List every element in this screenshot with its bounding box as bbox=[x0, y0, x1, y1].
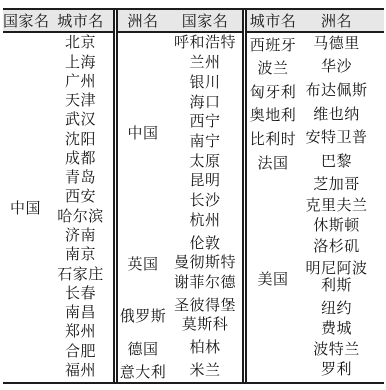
country-group: 德国柏林 bbox=[118, 339, 242, 359]
table-section-middle: 洲名 国家名 中国呼和浩特兰州银川海口西宁南宁太原昆明长沙杭州英国伦敦曼彻斯特谢… bbox=[113, 10, 242, 382]
city-list: 圣彼得堡莫斯科 bbox=[168, 296, 242, 335]
city-cell: 兰州 bbox=[168, 54, 242, 74]
city-list: 芝加哥克里夫兰休斯顿洛杉矶明尼阿波利斯纽约费城波特兰罗利 bbox=[299, 175, 384, 381]
city-cell: 安特卫普 bbox=[299, 128, 374, 149]
table-section-left: 国家名 城市名 中国北京上海广州天津武汉沈阳成都青岛西安哈尔滨济南南京石家庄长春… bbox=[3, 10, 113, 382]
section-body: 中国呼和浩特兰州银川海口西宁南宁太原昆明长沙杭州英国伦敦曼彻斯特谢菲尔德俄罗斯圣… bbox=[118, 33, 242, 382]
country-group: 奥地利维也纳 bbox=[247, 105, 384, 126]
country-group: 匈牙利布达佩斯 bbox=[247, 81, 384, 102]
city-cell: 北京 bbox=[48, 34, 113, 53]
group-label-cell: 意大利 bbox=[118, 361, 168, 381]
city-cell: 南京 bbox=[48, 246, 113, 265]
city-list: 维也纳 bbox=[299, 105, 384, 126]
city-cell: 成都 bbox=[48, 150, 113, 169]
column-header-continent: 洲名 bbox=[118, 10, 168, 31]
column-header-country: 国家名 bbox=[168, 10, 242, 31]
country-group: 中国北京上海广州天津武汉沈阳成都青岛西安哈尔滨济南南京石家庄长春南昌郑州合肥福州 bbox=[3, 34, 113, 381]
city-list: 安特卫普 bbox=[299, 128, 384, 149]
group-label-cell: 英国 bbox=[118, 234, 168, 293]
city-cell: 长春 bbox=[48, 285, 113, 304]
city-cell: 上海 bbox=[48, 53, 113, 72]
group-label-cell: 奥地利 bbox=[247, 105, 299, 126]
city-cell: 纽约 bbox=[299, 299, 374, 320]
group-label-cell: 中国 bbox=[118, 34, 168, 231]
section-header-row: 国家名 城市名 bbox=[3, 10, 113, 33]
section-body: 西班牙马德里波兰华沙匈牙利布达佩斯奥地利维也纳比利时安特卫普法国巴黎美国芝加哥克… bbox=[247, 33, 384, 382]
group-label-cell: 西班牙 bbox=[247, 34, 299, 55]
section-header-row: 洲名 国家名 bbox=[118, 10, 242, 33]
column-header-city: 城市名 bbox=[247, 10, 299, 31]
city-cell: 曼彻斯特 bbox=[168, 254, 242, 274]
group-label-cell: 美国 bbox=[247, 175, 299, 381]
city-cell: 海口 bbox=[168, 93, 242, 113]
city-cell: 谢菲尔德 bbox=[168, 273, 242, 293]
section-header-row: 城市名 洲名 bbox=[247, 10, 384, 33]
city-cell: 青岛 bbox=[48, 169, 113, 188]
country-group: 美国芝加哥克里夫兰休斯顿洛杉矶明尼阿波利斯纽约费城波特兰罗利 bbox=[247, 175, 384, 381]
city-list: 伦敦曼彻斯特谢菲尔德 bbox=[168, 234, 242, 293]
city-cell: 西宁 bbox=[168, 113, 242, 133]
city-cell: 克里夫兰 bbox=[299, 196, 374, 217]
city-cell: 伦敦 bbox=[168, 234, 242, 254]
country-group: 中国呼和浩特兰州银川海口西宁南宁太原昆明长沙杭州 bbox=[118, 34, 242, 231]
group-label-cell: 中国 bbox=[3, 34, 48, 381]
table-section-right: 城市名 洲名 西班牙马德里波兰华沙匈牙利布达佩斯奥地利维也纳比利时安特卫普法国巴… bbox=[242, 10, 384, 382]
city-cell: 银川 bbox=[168, 73, 242, 93]
city-cell: 合肥 bbox=[48, 343, 113, 362]
page: 国家名 城市名 中国北京上海广州天津武汉沈阳成都青岛西安哈尔滨济南南京石家庄长春… bbox=[0, 0, 386, 390]
city-cell: 休斯顿 bbox=[299, 217, 374, 238]
column-header-continent: 洲名 bbox=[299, 10, 384, 31]
city-cell: 米兰 bbox=[168, 361, 242, 381]
city-cell: 济南 bbox=[48, 227, 113, 246]
city-cell: 芝加哥 bbox=[299, 175, 374, 196]
city-cell: 罗利 bbox=[299, 360, 374, 381]
section-body: 中国北京上海广州天津武汉沈阳成都青岛西安哈尔滨济南南京石家庄长春南昌郑州合肥福州 bbox=[3, 33, 113, 382]
city-cell: 柏林 bbox=[168, 339, 242, 359]
city-cell: 杭州 bbox=[168, 211, 242, 231]
city-cell: 福州 bbox=[48, 362, 113, 381]
city-cell: 马德里 bbox=[299, 34, 374, 55]
group-label-cell: 法国 bbox=[247, 152, 299, 173]
city-list: 华沙 bbox=[299, 58, 384, 79]
city-cell: 西安 bbox=[48, 188, 113, 207]
column-header-city: 城市名 bbox=[48, 10, 113, 31]
city-list: 米兰 bbox=[168, 361, 242, 381]
city-list: 呼和浩特兰州银川海口西宁南宁太原昆明长沙杭州 bbox=[168, 34, 242, 231]
country-group: 西班牙马德里 bbox=[247, 34, 384, 55]
city-cell: 沈阳 bbox=[48, 130, 113, 149]
city-list: 北京上海广州天津武汉沈阳成都青岛西安哈尔滨济南南京石家庄长春南昌郑州合肥福州 bbox=[48, 34, 113, 381]
country-group: 意大利米兰 bbox=[118, 361, 242, 381]
country-group: 英国伦敦曼彻斯特谢菲尔德 bbox=[118, 234, 242, 293]
city-cell: 长沙 bbox=[168, 192, 242, 212]
city-cell: 圣彼得堡 bbox=[168, 296, 242, 316]
city-cell: 华沙 bbox=[299, 58, 374, 79]
city-cell: 布达佩斯 bbox=[299, 81, 374, 102]
country-city-table: 国家名 城市名 中国北京上海广州天津武汉沈阳成都青岛西安哈尔滨济南南京石家庄长春… bbox=[3, 8, 384, 384]
country-group: 波兰华沙 bbox=[247, 58, 384, 79]
city-list: 巴黎 bbox=[299, 152, 384, 173]
city-list: 马德里 bbox=[299, 34, 384, 55]
city-cell: 波特兰 bbox=[299, 340, 374, 361]
country-group: 法国巴黎 bbox=[247, 152, 384, 173]
city-cell: 南宁 bbox=[168, 133, 242, 153]
city-cell: 广州 bbox=[48, 73, 113, 92]
group-label-cell: 波兰 bbox=[247, 58, 299, 79]
column-header-country: 国家名 bbox=[3, 10, 48, 31]
country-group: 比利时安特卫普 bbox=[247, 128, 384, 149]
city-cell: 维也纳 bbox=[299, 105, 374, 126]
group-label-cell: 比利时 bbox=[247, 128, 299, 149]
city-cell: 太原 bbox=[168, 152, 242, 172]
city-cell: 郑州 bbox=[48, 323, 113, 342]
city-list: 布达佩斯 bbox=[299, 81, 384, 102]
city-cell: 莫斯科 bbox=[168, 316, 242, 336]
city-cell: 武汉 bbox=[48, 111, 113, 130]
city-cell: 哈尔滨 bbox=[48, 208, 113, 227]
city-cell: 南昌 bbox=[48, 304, 113, 323]
city-cell: 呼和浩特 bbox=[168, 34, 242, 54]
city-list: 柏林 bbox=[168, 339, 242, 359]
group-label-cell: 德国 bbox=[118, 339, 168, 359]
city-cell: 洛杉矶 bbox=[299, 237, 374, 258]
city-cell: 石家庄 bbox=[48, 265, 113, 284]
group-label-cell: 俄罗斯 bbox=[118, 296, 168, 335]
country-group: 俄罗斯圣彼得堡莫斯科 bbox=[118, 296, 242, 335]
city-cell: 昆明 bbox=[168, 172, 242, 192]
group-label-cell: 匈牙利 bbox=[247, 81, 299, 102]
city-cell: 天津 bbox=[48, 92, 113, 111]
city-cell: 费城 bbox=[299, 319, 374, 340]
city-cell: 巴黎 bbox=[299, 152, 374, 173]
city-cell: 明尼阿波利斯 bbox=[299, 258, 374, 299]
